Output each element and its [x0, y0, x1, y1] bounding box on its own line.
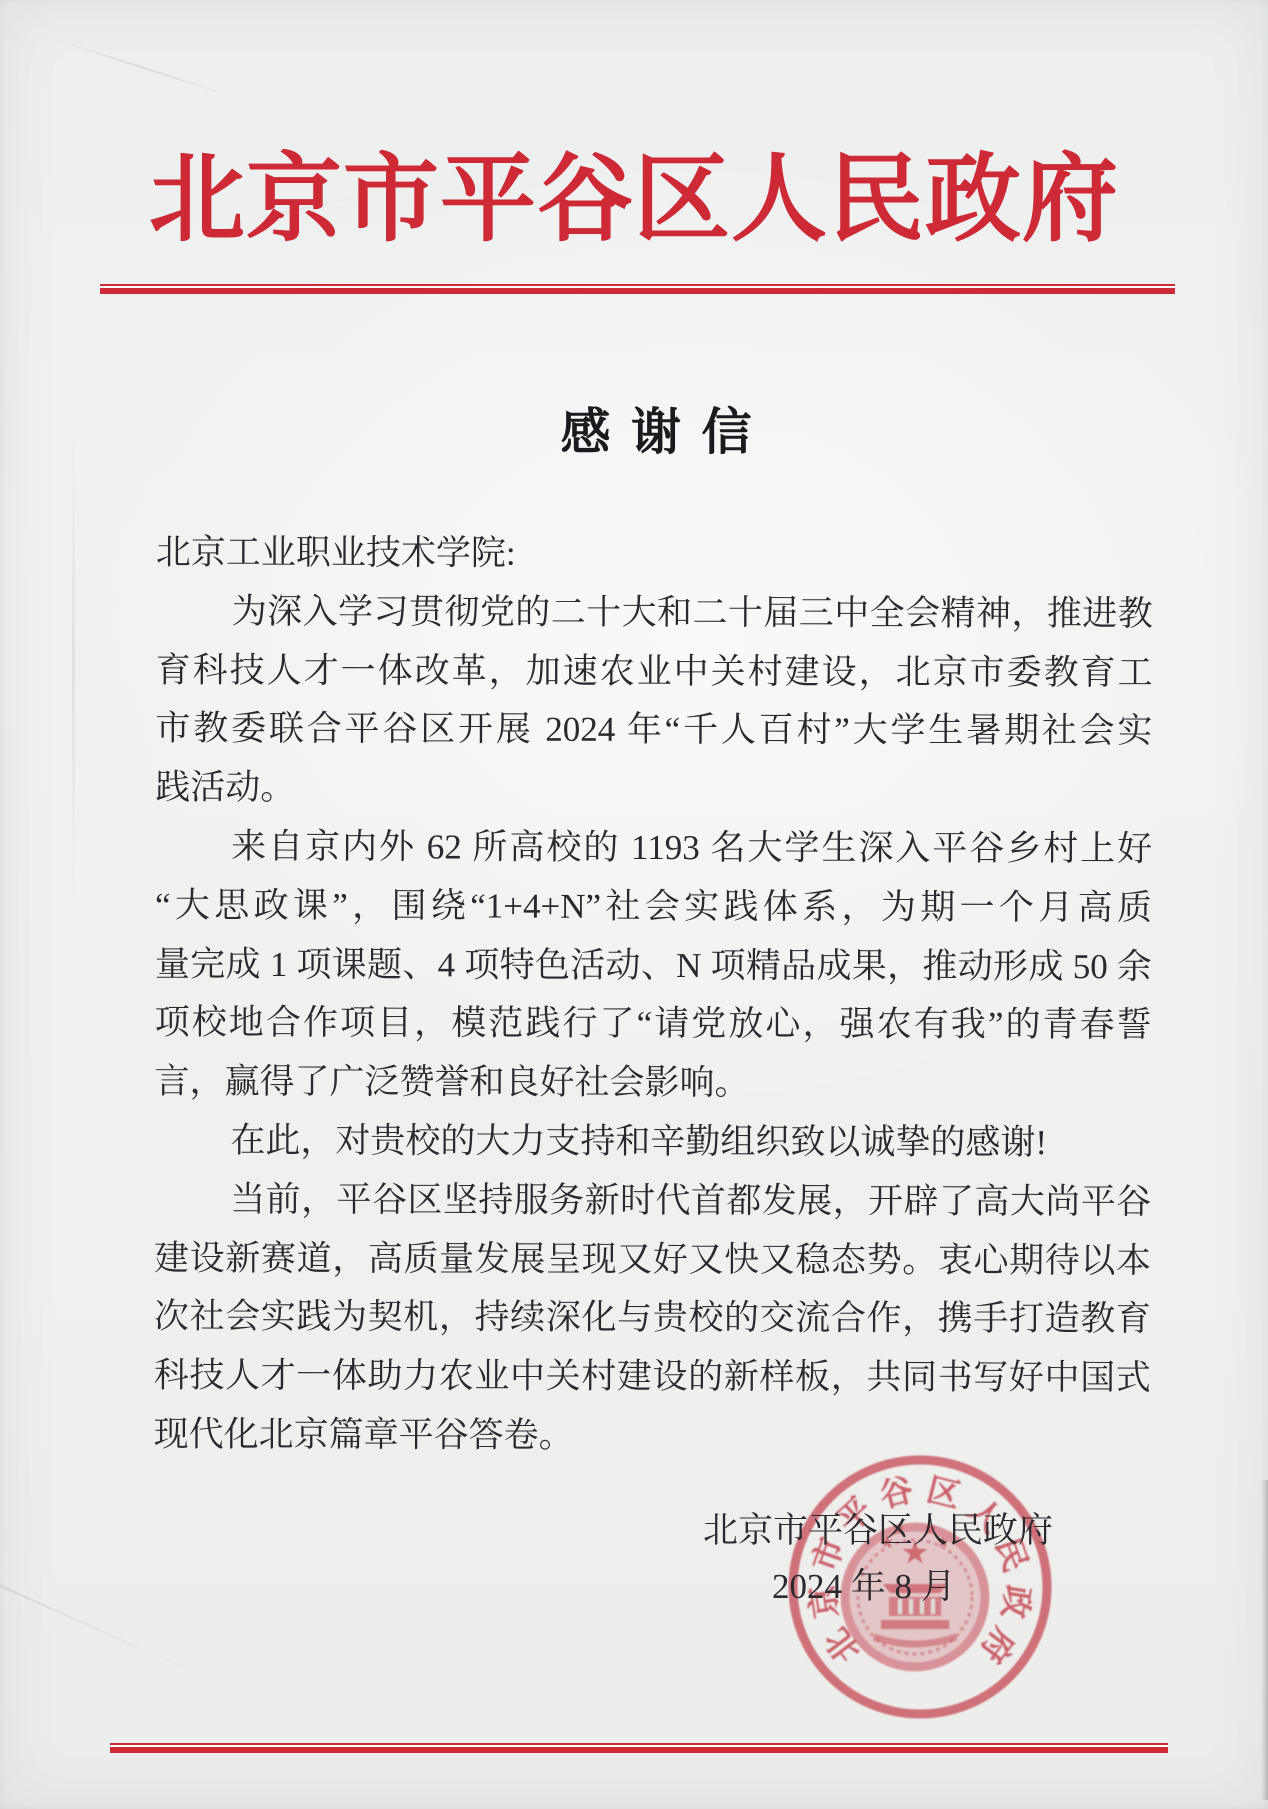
- letter-body: 北京工业职业技术学院: 为深入学习贯彻党的二十大和二十届三中全会精神，推进教 育…: [154, 524, 1153, 1467]
- body-line: 市教委联合平谷区开展 2024 年“千人百村”大学生暑期社会实: [155, 700, 1152, 761]
- signature-org: 北京市平谷区人民政府: [703, 1508, 1053, 1554]
- body-line: 建设新赛道，高质量发展呈现又好又快又稳态势。衷心期待以本: [154, 1229, 1151, 1290]
- footer-rule: [110, 1743, 1168, 1753]
- scan-crease: [72, 430, 75, 900]
- signature-date: 2024 年 8 月: [772, 1564, 956, 1610]
- body-line: 为深入学习贯彻党的二十大和二十届三中全会精神，推进教: [156, 582, 1153, 643]
- body-line: 次社会实践为契机，持续深化与贵校的交流合作，携手打造教育: [154, 1288, 1151, 1349]
- scan-crease: [0, 1581, 202, 1676]
- body-line: 科技人才一体助力农业中关村建设的新样板，共同书写好中国式: [154, 1347, 1151, 1408]
- body-line: 量完成 1 项课题、4 项特色活动、N 项精品成果，推动形成 50 余: [155, 935, 1152, 996]
- body-line: 言，赢得了广泛赞誉和良好社会影响。: [154, 1053, 1151, 1114]
- body-line: 项校地合作项目，模范践行了“请党放心，强农有我”的青春誓: [155, 994, 1152, 1055]
- letterhead-title: 北京市平谷区人民政府: [0, 140, 1268, 260]
- body-line: 育科技人才一体改革，加速农业中关村建设，北京市委教育工委、: [156, 641, 1153, 702]
- salutation: 北京工业职业技术学院:: [156, 524, 1153, 585]
- header-rule: [100, 284, 1175, 294]
- letter-title: 感 谢 信: [24, 402, 1268, 462]
- body-line: 践活动。: [155, 759, 1152, 820]
- body-line: 来自京内外 62 所高校的 1193 名大学生深入平谷乡村上好: [155, 818, 1152, 879]
- svg-text:政: 政: [995, 1583, 1037, 1621]
- letter-page: 北京市平谷区人民政府 感 谢 信 北京工业职业技术学院: 为深入学习贯彻党的二十…: [0, 0, 1268, 1809]
- body-line: “大思政课”，围绕“1+4+N”社会实践体系，为期一个月高质: [155, 876, 1152, 937]
- scan-edge-shadow: [1261, 1480, 1268, 1800]
- scan-crease: [50, 37, 231, 98]
- body-line: 当前，平谷区坚持服务新时代首都发展，开辟了高大尚平谷: [154, 1170, 1151, 1231]
- body-line: 在此，对贵校的大力支持和辛勤组织致以诚挚的感谢!: [154, 1112, 1151, 1173]
